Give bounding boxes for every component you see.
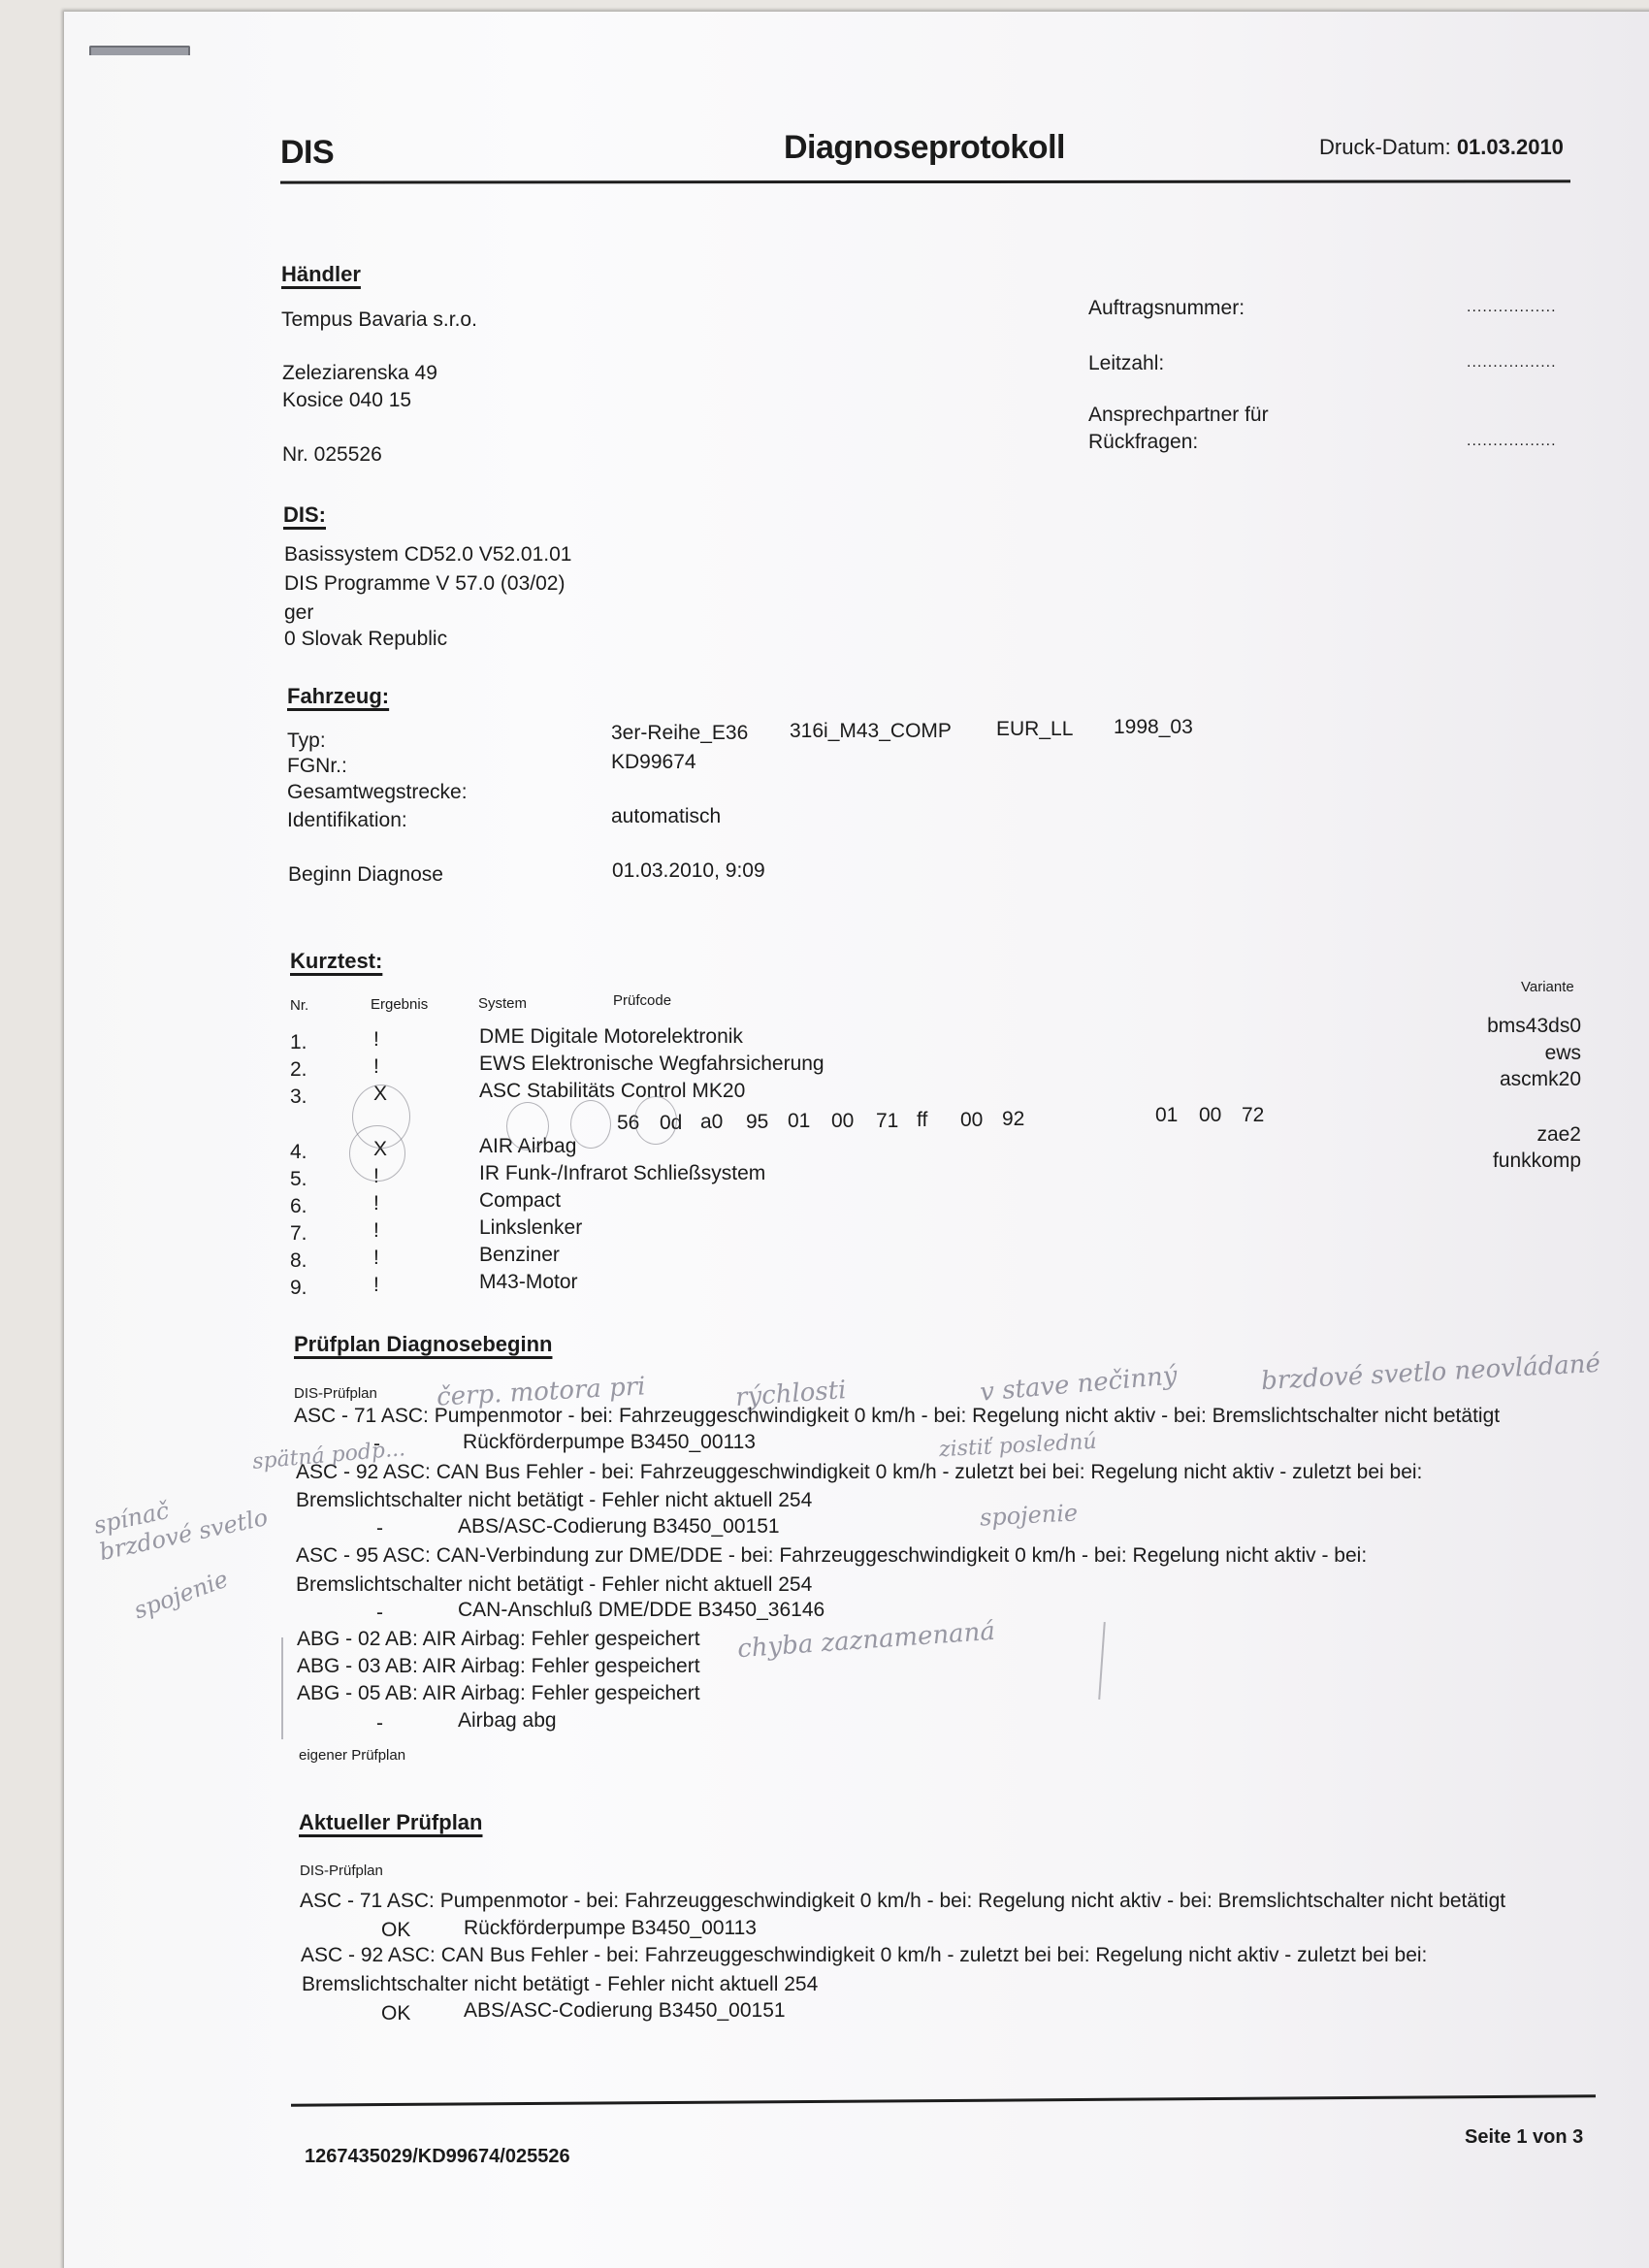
mileage-label: Gesamtwegstrecke:: [287, 781, 468, 804]
code-byte: ff: [917, 1109, 927, 1132]
pencil-circle: [506, 1102, 549, 1150]
code-byte: 01: [788, 1110, 810, 1133]
ident-value: automatisch: [611, 805, 721, 828]
code-byte: 71: [876, 1110, 898, 1133]
fault-line: ABG - 05 AB: AIR Airbag: Fehler gespeich…: [297, 1682, 700, 1705]
pencil-circle: [349, 1125, 405, 1182]
begin-label: Beginn Diagnose: [288, 863, 443, 887]
fault-test: CAN-Anschluß DME/DDE B3450_36146: [458, 1599, 824, 1622]
status-ok: OK: [381, 2002, 410, 2025]
row-nr: 8.: [290, 1249, 307, 1273]
page-number: Seite 1 von 3: [1465, 2126, 1583, 2149]
row-nr: 5.: [290, 1168, 307, 1191]
print-date-value: 01.03.2010: [1457, 135, 1564, 159]
pencil-circle: [634, 1096, 677, 1145]
print-date-label: Druck-Datum:: [1319, 135, 1451, 159]
row-result: !: [373, 1274, 379, 1297]
code-byte: a0: [700, 1111, 723, 1134]
contact-label-2: Rückfragen:: [1088, 431, 1198, 454]
begin-value: 01.03.2010, 9:09: [612, 859, 765, 883]
fault-line: ASC - 95 ASC: CAN-Verbindung zur DME/DDE…: [296, 1544, 1367, 1568]
handwritten-note: spojenie: [979, 1499, 1078, 1531]
col-variant: Variante: [1521, 979, 1574, 995]
fault-test: Airbag abg: [458, 1709, 557, 1733]
row-result: !: [373, 1247, 379, 1270]
code-byte: 00: [831, 1110, 854, 1133]
leitzahl-field: .................: [1467, 354, 1557, 372]
col-nr: Nr.: [290, 997, 308, 1014]
dealer-name: Tempus Bavaria s.r.o.: [281, 308, 477, 332]
row-system: M43-Motor: [479, 1271, 578, 1294]
pencil-circle: [570, 1100, 611, 1149]
fault-line: Bremslichtschalter nicht betätigt - Fehl…: [302, 1973, 818, 1996]
type-region: EUR_LL: [996, 718, 1073, 741]
dealer-number: Nr. 025526: [282, 443, 382, 467]
row-nr: 4.: [290, 1141, 307, 1164]
row-nr: 9.: [290, 1277, 307, 1300]
fault-line: ABG - 03 AB: AIR Airbag: Fehler gespeich…: [297, 1655, 700, 1678]
row-variant: bms43ds0: [1487, 1015, 1581, 1038]
type-label: Typ:: [287, 729, 326, 753]
code-byte-extra: 72: [1242, 1104, 1264, 1127]
type-date: 1998_03: [1114, 716, 1193, 739]
code-byte-extra: 00: [1199, 1104, 1221, 1127]
document-page: [64, 12, 1649, 2268]
pruefplan-current-heading: Aktueller Prüfplan: [299, 1810, 482, 1835]
print-date: Druck-Datum: 01.03.2010: [1319, 135, 1564, 160]
row-variant: funkkomp: [1493, 1150, 1581, 1173]
row-system: Linkslenker: [479, 1216, 582, 1240]
dealer-heading: Händler: [281, 262, 361, 287]
dis-line: DIS Programme V 57.0 (03/02): [284, 572, 565, 596]
dis-line: 0 Slovak Republic: [284, 628, 447, 651]
fault-line: Bremslichtschalter nicht betätigt - Fehl…: [296, 1489, 812, 1512]
row-variant: zae2: [1536, 1123, 1581, 1147]
dealer-city: Kosice 040 15: [282, 389, 411, 412]
status-ok: OK: [381, 1919, 410, 1942]
row-result: !: [373, 1192, 379, 1215]
row-result: !: [373, 1055, 379, 1079]
fault-bullet: -: [376, 1517, 383, 1540]
pruefplan-begin-footer: eigener Prüfplan: [299, 1747, 405, 1764]
fgnr-value: KD99674: [611, 751, 696, 774]
row-nr: 1.: [290, 1031, 307, 1054]
document-id: 1267435029/KD99674/025526: [305, 2146, 570, 2168]
contact-label-1: Ansprechpartner für: [1088, 404, 1269, 427]
code-byte: 95: [746, 1111, 768, 1134]
type-series: 3er-Reihe_E36: [611, 722, 748, 745]
row-nr: 7.: [290, 1222, 307, 1246]
fault-line: ASC - 71 ASC: Pumpenmotor - bei: Fahrzeu…: [300, 1890, 1505, 1913]
row-system: Benziner: [479, 1244, 560, 1267]
leitzahl-label: Leitzahl:: [1088, 352, 1164, 375]
fgnr-label: FGNr.:: [287, 755, 347, 778]
pruefplan-begin-sub: DIS-Prüfplan: [294, 1385, 377, 1402]
row-nr: 3.: [290, 1085, 307, 1109]
type-model: 316i_M43_COMP: [790, 720, 952, 743]
fault-test: Rückförderpumpe B3450_00113: [464, 1917, 757, 1940]
fault-bullet: -: [376, 1602, 383, 1625]
dis-line: Basissystem CD52.0 V52.01.01: [284, 543, 571, 567]
dis-line: ger: [284, 601, 313, 625]
dis-heading: DIS:: [283, 502, 326, 528]
fault-test: ABS/ASC-Codierung B3450_00151: [458, 1515, 780, 1539]
fault-line: Bremslichtschalter nicht betätigt - Fehl…: [296, 1573, 812, 1597]
pruefplan-current-sub: DIS-Prüfplan: [300, 1863, 383, 1879]
code-byte: 00: [960, 1109, 983, 1132]
header-app-name: DIS: [280, 134, 334, 172]
row-system: DME Digitale Motorelektronik: [479, 1025, 743, 1049]
row-system: Compact: [479, 1189, 561, 1213]
row-nr: 6.: [290, 1195, 307, 1218]
fault-line: ASC - 92 ASC: CAN Bus Fehler - bei: Fahr…: [296, 1461, 1422, 1484]
ident-label: Identifikation:: [287, 809, 407, 832]
order-number-field: .................: [1467, 299, 1557, 316]
pruefplan-begin-heading: Prüfplan Diagnosebeginn: [294, 1332, 552, 1357]
fault-line: ABG - 02 AB: AIR Airbag: Fehler gespeich…: [297, 1628, 700, 1651]
col-code: Prüfcode: [613, 992, 671, 1009]
fault-bullet: -: [376, 1712, 383, 1735]
row-result: !: [373, 1028, 379, 1052]
row-system: ASC Stabilitäts Control MK20: [479, 1080, 745, 1103]
col-result: Ergebnis: [371, 996, 428, 1013]
row-nr: 2.: [290, 1058, 307, 1082]
code-byte-extra: 01: [1155, 1104, 1178, 1127]
col-system: System: [478, 995, 527, 1012]
row-system: EWS Elektronische Wegfahrsicherung: [479, 1053, 824, 1076]
page-title: Diagnoseprotokoll: [784, 129, 1065, 167]
row-system: IR Funk-/Infrarot Schließsystem: [479, 1162, 765, 1185]
kurztest-heading: Kurztest:: [290, 949, 382, 974]
staple: [89, 46, 190, 55]
row-variant: ews: [1545, 1042, 1581, 1065]
pencil-bracket: [281, 1637, 283, 1739]
fault-test: ABS/ASC-Codierung B3450_00151: [464, 1999, 786, 2023]
fault-test: Rückförderpumpe B3450_00113: [463, 1431, 756, 1454]
fault-line: ASC - 92 ASC: CAN Bus Fehler - bei: Fahr…: [301, 1944, 1427, 1967]
vehicle-heading: Fahrzeug:: [287, 684, 389, 709]
contact-field: .................: [1467, 433, 1557, 450]
row-result: !: [373, 1219, 379, 1243]
dealer-street: Zeleziarenska 49: [282, 362, 437, 385]
order-number-label: Auftragsnummer:: [1088, 297, 1245, 320]
row-variant: ascmk20: [1500, 1068, 1581, 1091]
code-byte: 92: [1002, 1108, 1024, 1131]
